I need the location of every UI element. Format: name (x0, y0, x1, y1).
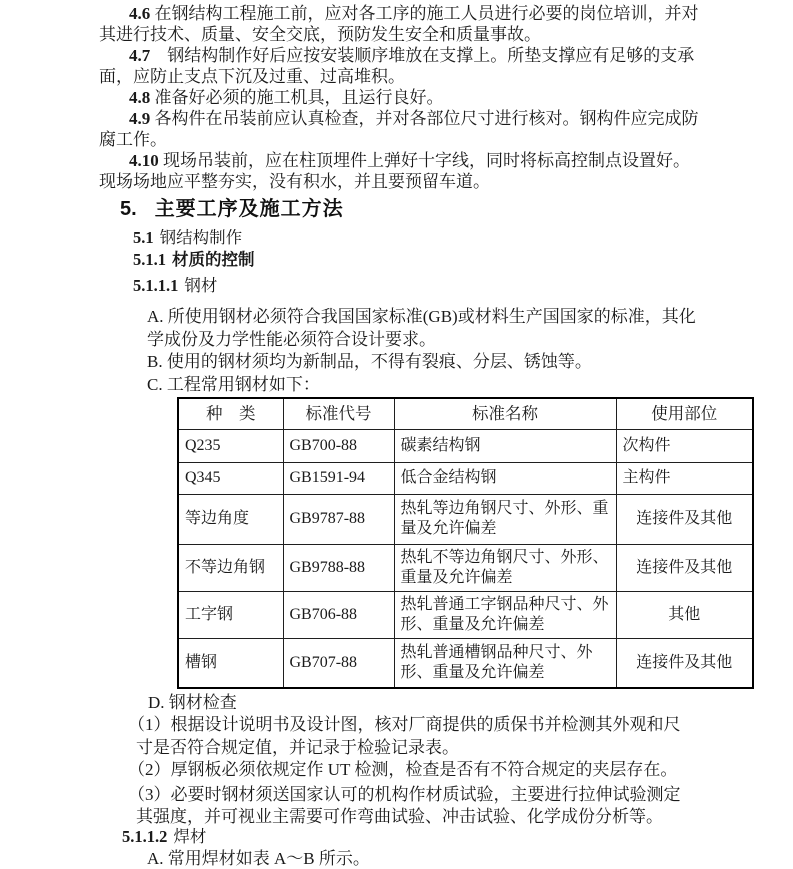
paragraph-text: 各构件在吊装前应认真检查，并对各部位尺寸进行核对。钢构件应完成防 (150, 109, 698, 128)
cell-usage: 其他 (616, 591, 753, 638)
subsection-title: 焊材 (173, 827, 206, 846)
col-header-type: 种 类 (178, 398, 283, 429)
subsection-5-1-1-heading: 5.1.1材质的控制 (133, 250, 255, 270)
cell-standard-code: GB1591-94 (283, 462, 394, 494)
col-header-standard-name: 标准名称 (394, 398, 616, 429)
paragraph-4-10-line-1: 4.10 现场吊装前，应在柱顶埋件上弹好十字线，同时将标高控制点设置好。 (129, 150, 690, 171)
paragraph-4-9-line-1: 4.9 各构件在吊装前应认真检查，并对各部位尺寸进行核对。钢构件应完成防 (129, 108, 699, 129)
subsection-title: 材质的控制 (172, 251, 255, 269)
clause-number: 4.8 (129, 88, 150, 107)
col-header-standard-code: 标准代号 (283, 398, 394, 429)
clause-number: 4.6 (129, 4, 150, 23)
item-b: B. 使用的钢材须均为新制品，不得有裂痕、分层、锈蚀等。 (147, 351, 592, 372)
paragraph-text: 现场吊装前，应在柱顶埋件上弹好十字线，同时将标高控制点设置好。 (159, 151, 690, 170)
cell-type: 等边角度 (178, 494, 283, 544)
paragraph-4-10-line-2: 现场场地应平整夯实，没有积水，并且要预留车道。 (99, 171, 490, 192)
item-2: （2）厚钢板必须依规定作 UT 检测，检查是否有不符合规定的夹层存在。 (128, 759, 677, 780)
table-row: 等边角度 GB9787-88 热轧等边角钢尺寸、外形、重量及允许偏差 连接件及其… (178, 494, 753, 544)
cell-standard-code: GB700-88 (283, 429, 394, 462)
section-title: 主要工序及施工方法 (155, 198, 344, 220)
paragraph-4-7-line-1: 4.7 钢结构制作好后应按安装顺序堆放在支撑上。所垫支撑应有足够的支承 (129, 45, 694, 66)
steel-standards-table: 种 类 标准代号 标准名称 使用部位 Q235 GB700-88 碳素结构钢 次… (177, 397, 754, 689)
paragraph-4-9-line-2: 腐工作。 (99, 129, 167, 150)
cell-type: 工字钢 (178, 591, 283, 638)
table-row: 工字钢 GB706-88 热轧普通工字钢品种尺寸、外形、重量及允许偏差 其他 (178, 591, 753, 638)
cell-type: 不等边角钢 (178, 544, 283, 591)
section-5-heading: 5.主要工序及施工方法 (120, 197, 344, 221)
item-1-line-1: （1）根据设计说明书及设计图，核对厂商提供的质保书并检测其外观和尺 (128, 714, 681, 735)
table-header-row: 种 类 标准代号 标准名称 使用部位 (178, 398, 753, 429)
cell-standard-code: GB707-88 (283, 638, 394, 688)
paragraph-text: 钢结构制作好后应按安装顺序堆放在支撑上。所垫支撑应有足够的支承 (150, 46, 694, 65)
subsection-5-1-1-1-heading: 5.1.1.1钢材 (133, 276, 217, 296)
item-a-line-2: 学成份及力学性能必须符合设计要求。 (147, 329, 436, 350)
subsection-number: 5.1.1.1 (133, 276, 178, 295)
cell-usage: 次构件 (616, 429, 753, 462)
document-page: 4.6 在钢结构工程施工前，应对各工序的施工人员进行必要的岗位培训，并对 其进行… (0, 0, 793, 869)
item-3-line-2: 其强度，并可视业主需要可作弯曲试验、冲击试验、化学成份分析等。 (136, 806, 663, 827)
table-row: 不等边角钢 GB9788-88 热轧不等边角钢尺寸、外形、重量及允许偏差 连接件… (178, 544, 753, 591)
clause-number: 4.7 (129, 46, 150, 65)
item-3-line-1: （3）必要时钢材须送国家认可的机构作材质试验，主要进行拉伸试验测定 (128, 784, 681, 805)
cell-standard-name: 碳素结构钢 (394, 429, 616, 462)
subsection-number: 5.1.1.2 (122, 827, 167, 846)
cell-standard-name: 低合金结构钢 (394, 462, 616, 494)
cell-usage: 连接件及其他 (616, 544, 753, 591)
subsection-5-1-heading: 5.1钢结构制作 (133, 228, 242, 248)
cell-type: Q235 (178, 429, 283, 462)
subsection-5-1-1-2-heading: 5.1.1.2焊材 (122, 827, 206, 847)
cell-standard-name: 热轧普通槽钢品种尺寸、外形、重量及允许偏差 (394, 638, 616, 688)
col-header-usage: 使用部位 (616, 398, 753, 429)
cell-standard-name: 热轧普通工字钢品种尺寸、外形、重量及允许偏差 (394, 591, 616, 638)
item-a-line-1: A. 所使用钢材必须符合我国国家标准(GB)或材料生产国国家的标准，其化 (147, 306, 696, 327)
cell-usage: 连接件及其他 (616, 638, 753, 688)
item-a-welding: A. 常用焊材如表 A～B 所示。 (147, 848, 370, 869)
table-row: 槽钢 GB707-88 热轧普通槽钢品种尺寸、外形、重量及允许偏差 连接件及其他 (178, 638, 753, 688)
section-number: 5. (120, 198, 137, 220)
paragraph-4-8: 4.8 准备好必须的施工机具，且运行良好。 (129, 87, 444, 108)
cell-standard-name: 热轧等边角钢尺寸、外形、重量及允许偏差 (394, 494, 616, 544)
clause-number: 4.10 (129, 151, 159, 170)
paragraph-text: 准备好必须的施工机具，且运行良好。 (150, 88, 443, 107)
paragraph-4-6-line-2: 其进行技术、质量、安全交底，预防发生安全和质量事故。 (99, 24, 541, 45)
paragraph-text: 在钢结构工程施工前，应对各工序的施工人员进行必要的岗位培训，并对 (150, 4, 698, 23)
item-d: D. 钢材检查 (148, 692, 237, 713)
item-1-line-2: 寸是否符合规定值，并记录于检验记录表。 (136, 737, 459, 758)
table-row: Q345 GB1591-94 低合金结构钢 主构件 (178, 462, 753, 494)
subsection-title: 钢结构制作 (160, 228, 243, 247)
cell-type: 槽钢 (178, 638, 283, 688)
cell-standard-code: GB9787-88 (283, 494, 394, 544)
item-c: C. 工程常用钢材如下： (147, 374, 320, 395)
cell-standard-code: GB706-88 (283, 591, 394, 638)
cell-type: Q345 (178, 462, 283, 494)
cell-usage: 主构件 (616, 462, 753, 494)
paragraph-4-6-line-1: 4.6 在钢结构工程施工前，应对各工序的施工人员进行必要的岗位培训，并对 (129, 3, 699, 24)
cell-usage: 连接件及其他 (616, 494, 753, 544)
subsection-title: 钢材 (184, 276, 217, 295)
cell-standard-code: GB9788-88 (283, 544, 394, 591)
table-row: Q235 GB700-88 碳素结构钢 次构件 (178, 429, 753, 462)
paragraph-4-7-line-2: 面，应防止支点下沉及过重、过高堆积。 (99, 66, 405, 87)
clause-number: 4.9 (129, 109, 150, 128)
subsection-number: 5.1 (133, 228, 154, 247)
cell-standard-name: 热轧不等边角钢尺寸、外形、重量及允许偏差 (394, 544, 616, 591)
subsection-number: 5.1.1 (133, 250, 166, 269)
